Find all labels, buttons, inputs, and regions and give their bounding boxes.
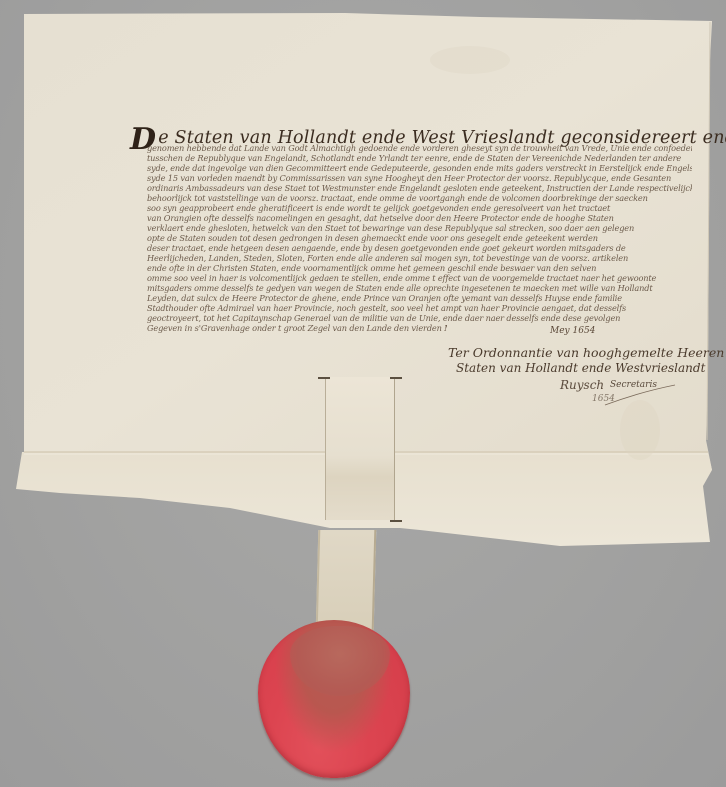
body-line: opte de Staten souden tot desen gedronge…: [147, 233, 692, 243]
seal-tag-lower: [316, 530, 377, 630]
body-line: ende ofte in der Christen Staten, ende v…: [147, 263, 692, 273]
body-line: mitsgaders omme desselfs te gedyen van w…: [147, 283, 692, 293]
signature-flourish-stroke: [600, 380, 680, 410]
body-line: van Orangien ofte desselfs nacomelingen …: [147, 213, 692, 223]
body-line: omme soo veel in haer is volcomentlijck …: [147, 273, 692, 283]
body-line: tusschen de Republyque van Engelandt, Sc…: [147, 153, 692, 163]
body-line: deser tractaet, ende hetgeen desen aenga…: [147, 243, 692, 253]
tag-slit-top-right: [390, 377, 402, 379]
body-line: Stadthouder ofte Admirael van haer Provi…: [147, 303, 692, 313]
body-line: soo syn geapprobeert ende gheratificeert…: [147, 203, 692, 213]
tag-slit-bottom: [390, 520, 402, 522]
body-line: syde, ende dat ingevolge van dien Gecomm…: [147, 163, 692, 173]
body-line: Heerlijcheden, Landen, Steden, Sloten, F…: [147, 253, 692, 263]
body-line: Gegeven in s'Gravenhage onder t groot Ze…: [147, 323, 447, 333]
body-line: genomen hebbende dat Lande van Godt Alma…: [147, 143, 692, 153]
subscription-line-2: Staten van Hollandt ende Westvrieslandt: [456, 361, 705, 375]
body-line: geoctroyeert, tot het Capitaynschap Gene…: [147, 313, 692, 323]
body-line: ordinaris Ambassadeurs van dese Staet to…: [147, 183, 692, 193]
body-line: behoorlijck tot vaststellinge van de voo…: [147, 193, 692, 203]
seal-tag-upper: [325, 377, 395, 520]
signature-name: Ruysch: [560, 378, 604, 392]
subscription-line-1: Ter Ordonnantie van hooghgemelte Heeren: [448, 345, 724, 360]
body-line: verklaert ende ghesloten, hetwelck van d…: [147, 223, 692, 233]
body-line: Leyden, dat sulcx de Heere Protector de …: [147, 293, 692, 303]
body-line: syde 15 van vorleden maendt by Commissar…: [147, 173, 692, 183]
date-notation: Mey 1654: [550, 326, 595, 336]
tag-slit-top-left: [318, 377, 330, 379]
